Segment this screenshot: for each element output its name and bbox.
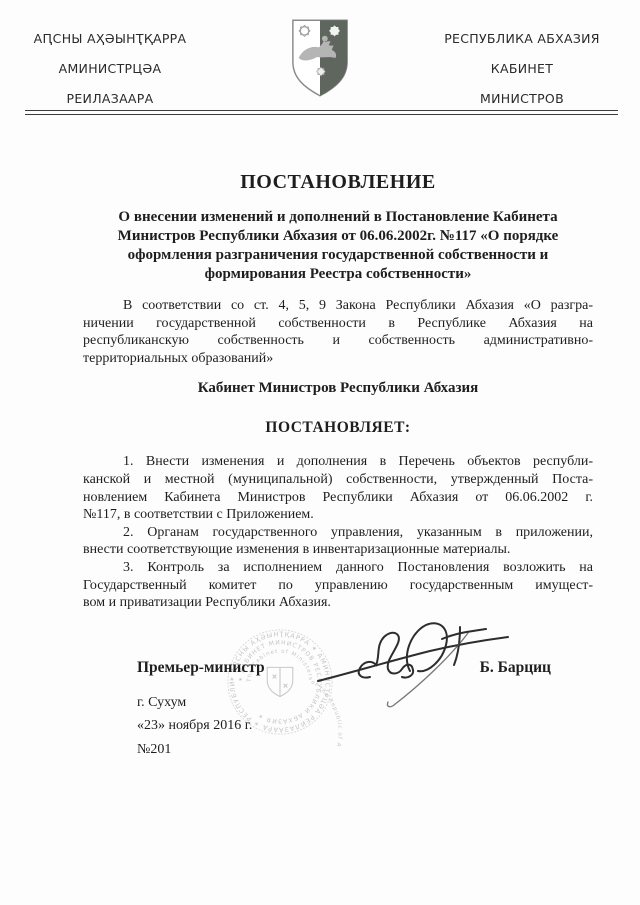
text-line: внести соответствующие изменения в инвен… (83, 541, 593, 559)
number-line: №201 (137, 738, 593, 762)
date-line: «23» ноября 2016 г. (137, 714, 593, 738)
text-line: 3. Контроль за исполнением данного Поста… (83, 559, 593, 577)
issuing-body-line: Кабинет Министров Республики Абхазия (83, 379, 593, 398)
doc-footer: г. Сухум «23» ноября 2016 г. №201 (83, 691, 593, 762)
resolution-items: 1. Внести изменения и дополнения в Переч… (83, 453, 593, 611)
item-1: 1. Внести изменения и дополнения в Переч… (83, 453, 593, 523)
text-line: канской и местной (муниципальной) собств… (83, 471, 593, 489)
document-body: ПОСТАНОВЛЕНИЕ О внесении изменений и доп… (83, 0, 593, 761)
text-line: территориальных образований» (83, 350, 593, 368)
text-line: 2. Органам государственного управления, … (83, 524, 593, 542)
item-2: 2. Органам государственного управления, … (83, 524, 593, 559)
text-line: Государственный комитет по управлению го… (83, 577, 593, 595)
text-line: О внесении изменений и дополнений в Пост… (83, 208, 593, 227)
text-line: №117, в соответствии с Приложением. (83, 506, 593, 524)
text-line: В соответствии со ст. 4, 5, 9 Закона Рес… (83, 297, 593, 315)
text-line: вом и приватизации Республики Абхазия. (83, 594, 593, 612)
text-line: республиканскую собственность и собствен… (83, 332, 593, 350)
text-line: новлением Кабинета Министров Республики … (83, 489, 593, 507)
text-line: 1. Внести изменения и дополнения в Переч… (83, 453, 593, 471)
doc-subject: О внесении изменений и дополнений в Пост… (83, 208, 593, 284)
signature-row: Премьер-министр Б. Барциц (83, 658, 593, 678)
text-line: формирования Реестра собственности» (83, 265, 593, 284)
signatory-name: Б. Барциц (480, 658, 551, 678)
resolves-heading: ПОСТАНОВЛЯЕТ: (83, 418, 593, 437)
signatory-post: Премьер-министр (137, 658, 265, 678)
document-page: АԤСНЫ АҲӘЫНҬҚАРРА АМИНИСТРЦӘА РЕИЛАЗААРА (0, 0, 640, 905)
place-line: г. Сухум (137, 691, 593, 715)
text-line: Министров Республики Абхазия от 06.06.20… (83, 227, 593, 246)
text-line: ничении государственной собственности в … (83, 315, 593, 333)
item-3: 3. Контроль за исполнением данного Поста… (83, 559, 593, 612)
preamble-paragraph: В соответствии со ст. 4, 5, 9 Закона Рес… (83, 297, 593, 367)
doc-type-title: ПОСТАНОВЛЕНИЕ (83, 170, 593, 194)
text-line: оформления разграничения государственной… (83, 246, 593, 265)
